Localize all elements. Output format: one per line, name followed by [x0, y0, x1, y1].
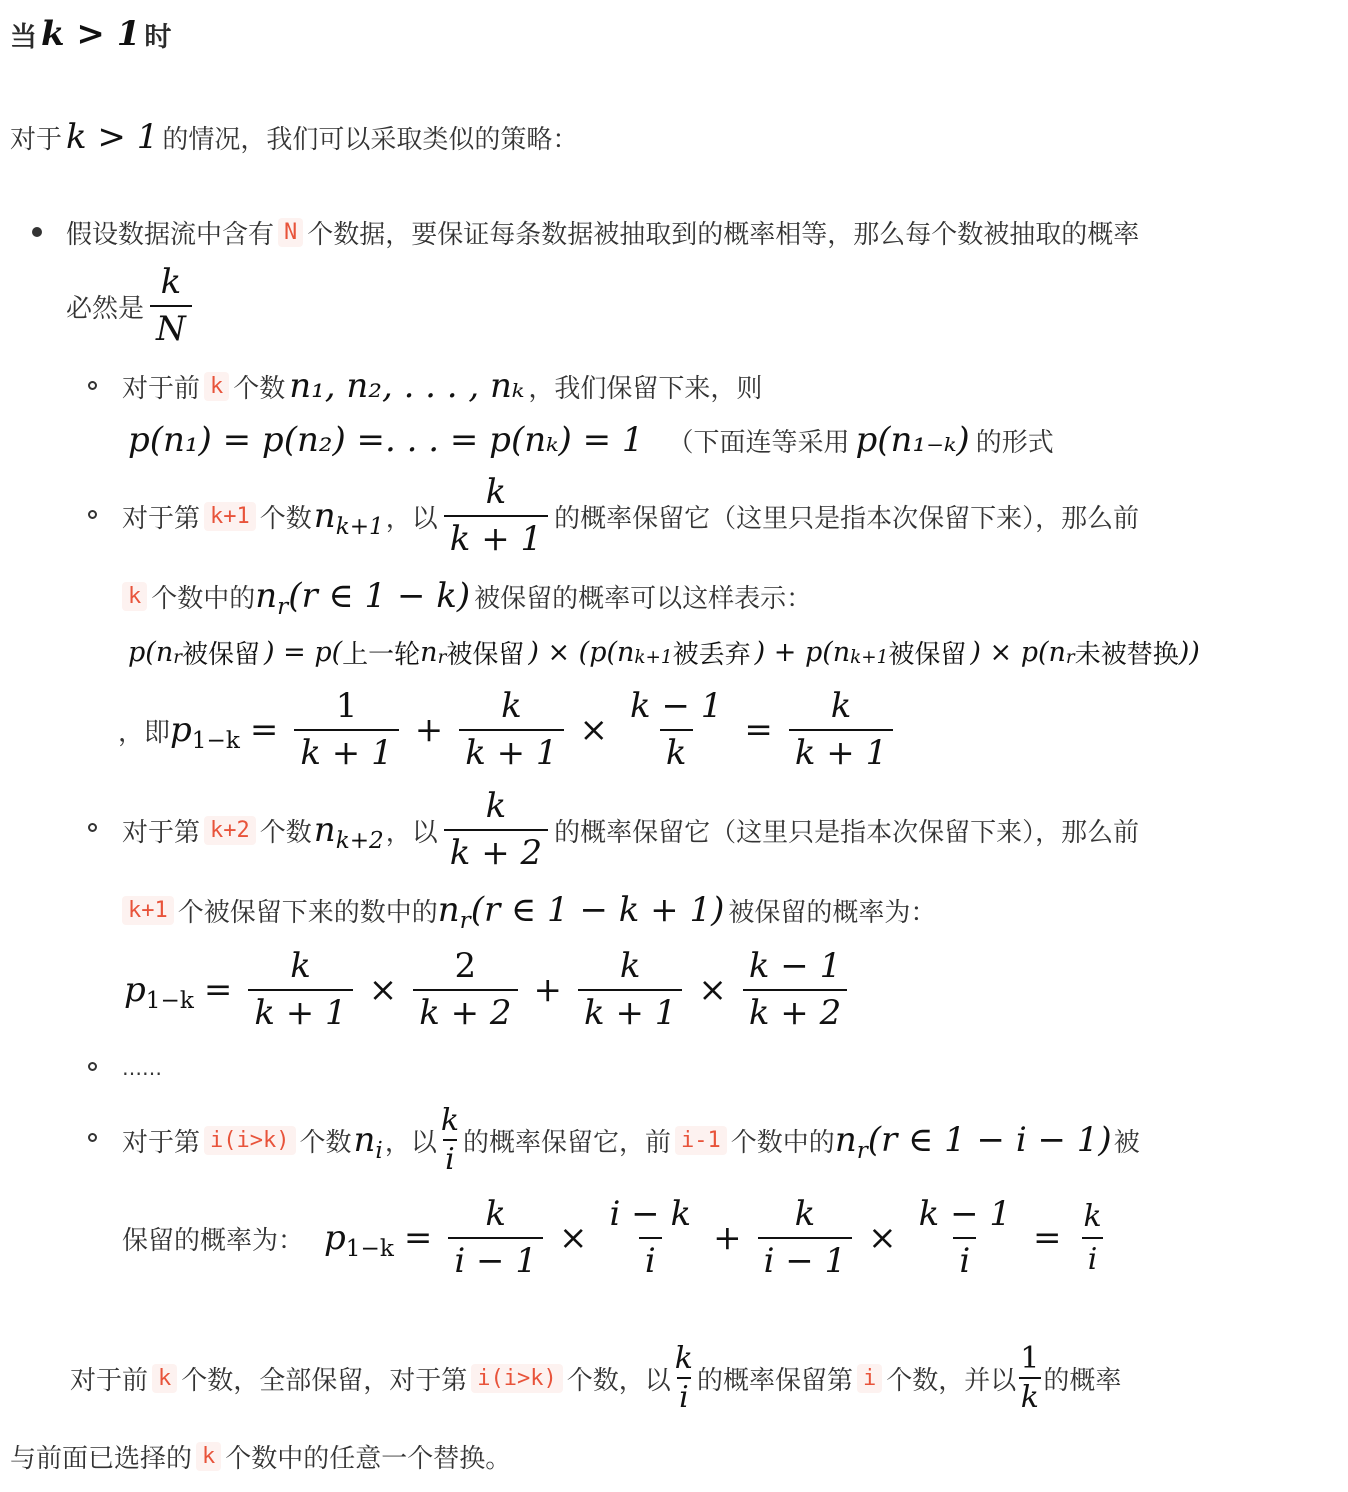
fraction: 2k + 2: [413, 948, 517, 1033]
fraction: k − 1k + 2: [743, 948, 847, 1033]
sub1-text-a: 对于前: [122, 368, 200, 405]
intro-prefix: 对于: [10, 119, 62, 156]
fraction-k-over-k-plus-2: k k + 2: [444, 788, 548, 873]
heading-suffix: 时: [144, 15, 171, 54]
fraction: 1k + 1: [294, 688, 398, 773]
sub2-text-b: 个数: [260, 498, 312, 535]
fraction: i − ki: [603, 1196, 697, 1281]
sub1-note-a: （下面连等采用: [668, 422, 850, 459]
fraction: kk + 1: [578, 948, 682, 1033]
sub2-line1: 对于第 k+1 个数 nk+1 ，以 k k + 1 的概率保留它（这里只是指本…: [122, 466, 1139, 566]
ji-lhs: p1−k: [170, 710, 240, 750]
sub2-text-a: 对于第: [122, 498, 200, 535]
bullet-circle-icon: [88, 381, 97, 390]
inline-code-i-gt-k: i(i>k): [471, 1364, 562, 1393]
sub2-math-n: nk+1: [314, 496, 384, 536]
fraction: ki − 1: [758, 1196, 853, 1281]
bullet1-text-c: 必然是: [66, 288, 144, 325]
section-heading: 当 k > 1 时: [10, 12, 171, 56]
intro-paragraph: 对于 k > 1 的情况，我们可以采取类似的策略：: [10, 114, 578, 160]
intro-suffix: 的情况，我们可以采取类似的策略：: [162, 119, 578, 156]
sub5-line2: 保留的概率为： p1−k = ki − 1 × i − ki + ki − 1 …: [122, 1188, 1114, 1288]
inline-code-k-plus-1: k+1: [204, 502, 256, 531]
sub2-ji-formula: ，即 p1−k = 1k + 1 + kk + 1 × k − 1k = kk …: [118, 678, 899, 782]
inline-code-k-plus-2: k+2: [204, 816, 256, 845]
fraction-k-over-k-plus-1: k k + 1: [444, 474, 548, 559]
fraction-k-over-i: k i: [673, 1342, 695, 1414]
fraction: kk + 1: [789, 688, 893, 773]
bullet-circle-icon: [88, 823, 97, 832]
sub2-text-e: 个数中的: [151, 578, 255, 615]
sub1-formula: p(n₁) = p(n₂) =. . . = p(nₖ) = 1: [128, 420, 644, 460]
heading-math: k > 1: [41, 14, 140, 54]
sub5-line1: 对于第 i(i>k) 个数 ni ，以 k i 的概率保留它，前 i-1 个数中…: [122, 1094, 1140, 1186]
summary-line2: 与前面已选择的 k 个数中的任意一个替换。: [10, 1434, 511, 1478]
sub1-text-c: ，我们保留下来，则: [528, 368, 762, 405]
bullet-circle-icon: [88, 510, 97, 519]
fraction-k-over-i: k i: [439, 1104, 461, 1176]
bullet1-text-b: 个数据，要保证每条数据被抽取到的概率相等，那么每个数被抽取的概率: [307, 214, 1139, 251]
inline-code-i: i: [857, 1364, 882, 1393]
fraction-k-over-n: k N: [150, 264, 192, 349]
sub2-long-formula: p(nr 被保留 ) = p( 上一轮 nr 被保留 ) × (p(nk+1 被…: [128, 630, 1200, 674]
heading-prefix: 当: [10, 15, 37, 54]
sub1-math-seq: n₁, n₂, . . . , nₖ: [289, 366, 524, 406]
ji-prefix: ，即: [118, 712, 170, 749]
sub2-text-d: 的概率保留它（这里只是指本次保留下来），那么前: [554, 498, 1139, 535]
inline-code-k: k: [196, 1442, 221, 1471]
fraction: kk + 1: [459, 688, 563, 773]
sub4-ellipsis: ……: [122, 1050, 162, 1086]
sub1-note-b: 的形式: [976, 422, 1054, 459]
intro-math: k > 1: [66, 117, 158, 157]
sub3-line1: 对于第 k+2 个数 nk+2 ，以 k k + 2 的概率保留它（这里只是指本…: [122, 780, 1139, 880]
bullet1-line1: 假设数据流中含有 N 个数据，要保证每条数据被抽取到的概率相等，那么每个数被抽取…: [66, 212, 1139, 252]
bullet-circle-icon: [88, 1133, 97, 1142]
bullet1-line2: 必然是 k N: [66, 256, 198, 356]
fraction: ki − 1: [448, 1196, 543, 1281]
fraction: k − 1i: [913, 1196, 1017, 1281]
fraction: k − 1k: [624, 688, 728, 773]
inline-code-k-plus-1: k+1: [122, 896, 174, 925]
sub2-math-nr: nr: [255, 576, 288, 616]
inline-code-n: N: [278, 218, 303, 247]
inline-code-k: k: [122, 582, 147, 611]
sub2-text-c: ，以: [386, 498, 438, 535]
fraction-1-over-k: 1 k: [1018, 1342, 1041, 1414]
frac-num: k: [155, 264, 188, 305]
sub2-math-range: (r ∈ 1 − k): [288, 576, 470, 616]
bullet-circle-icon: [88, 1062, 97, 1071]
sub3-formula: p1−k = kk + 1 × 2k + 2 + kk + 1 × k − 1k…: [124, 938, 853, 1042]
inline-code-k: k: [204, 372, 229, 401]
sub3-line2: k+1 个被保留下来的数中的 nr (r ∈ 1 − k + 1) 被保留的概率…: [118, 886, 936, 934]
fraction: ki: [1078, 1200, 1108, 1276]
fraction: kk + 1: [248, 948, 352, 1033]
sub2-text-f: 被保留的概率可以这样表示：: [474, 578, 812, 615]
sub1-line1: 对于前 k 个数 n₁, n₂, . . . , nₖ ，我们保留下来，则: [122, 364, 762, 408]
frac-den: N: [150, 305, 192, 348]
sub1-text-b: 个数: [233, 368, 285, 405]
sub1-line2: p(n₁) = p(n₂) =. . . = p(nₖ) = 1 （下面连等采用…: [128, 416, 1054, 464]
sub1-note-math: p(n₁₋ₖ): [856, 420, 970, 460]
inline-code-k: k: [152, 1364, 177, 1393]
sub3-math-n: nk+2: [314, 810, 384, 850]
sub2-line2: k 个数中的 nr (r ∈ 1 − k) 被保留的概率可以这样表示：: [118, 572, 812, 620]
bullet1-text-a: 假设数据流中含有: [66, 214, 274, 251]
summary-line1: 对于前 k 个数，全部保留，对于第 i(i>k) 个数，以 k i 的概率保留第…: [70, 1328, 1121, 1428]
bullet-dot-icon: [32, 227, 42, 237]
inline-code-i-minus-1: i-1: [675, 1126, 727, 1155]
inline-code-i-gt-k: i(i>k): [204, 1126, 295, 1155]
